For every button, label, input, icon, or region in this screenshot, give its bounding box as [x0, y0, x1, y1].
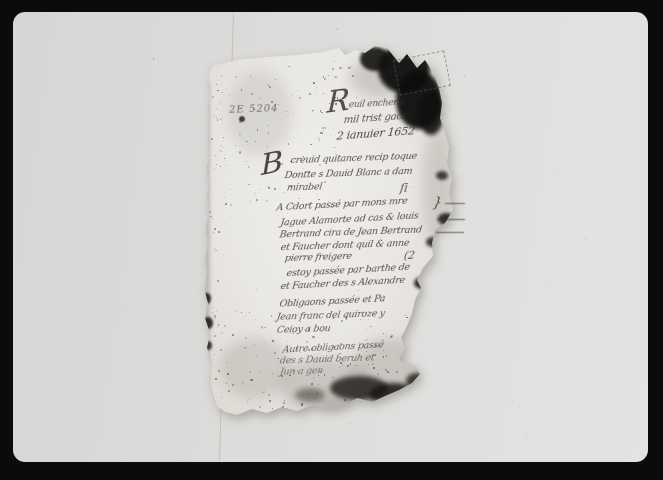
date-line: 2 ianuier 1652	[336, 124, 415, 142]
entry-line: creuid quitance recip toque	[290, 151, 418, 166]
flourish: (2	[403, 249, 415, 263]
entry-line: pierre freigere	[284, 251, 352, 264]
entry-line: Jean franc del quiroze y	[276, 308, 386, 323]
photo-frame: 2E 5204Reuil encherismil trist gacs2 ian…	[0, 0, 663, 480]
brace-mark: }	[432, 195, 443, 211]
archival-code: 2E 5204	[228, 103, 279, 116]
ink-stroke-mark	[437, 219, 465, 220]
heading-line: mil trist gacs	[343, 111, 407, 126]
entry-line: Jun a gen	[279, 365, 324, 377]
entry-initial: B	[260, 144, 283, 183]
entry-line: Obligaons passée et Pa	[279, 293, 386, 309]
entry-line: Dontte s Dauid Blanc a dam	[284, 166, 413, 181]
entry-line: mirabel	[286, 181, 323, 193]
entry-line: des s Dauid beruh et	[279, 352, 375, 366]
flourish: ſi	[399, 181, 409, 195]
ink-stroke-mark	[436, 232, 464, 233]
heading-line: euil encheris	[348, 98, 405, 111]
entry-line: Ceioy a bou	[276, 323, 331, 336]
entry-line: A Cdort passé par mons mre	[276, 196, 408, 214]
handwriting-layer: 2E 5204Reuil encherismil trist gacs2 ian…	[0, 0, 635, 450]
ink-stroke-mark	[445, 203, 465, 204]
